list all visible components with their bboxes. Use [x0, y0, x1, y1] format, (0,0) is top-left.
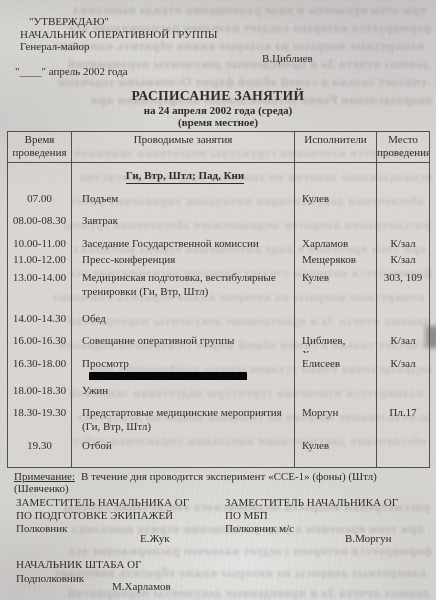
cell-place: К/зал: [377, 329, 429, 353]
cell-activity: Медицинская подготовка, вестибулярные тр…: [72, 267, 295, 309]
signature-block-deputy-crews: ЗАМЕСТИТЕЛЬ НАЧАЛЬНИКА ОГ ПО ПОДГОТОВКЕ …: [16, 497, 216, 536]
table-row: 16.00-16.30 Совещание оперативной группы…: [8, 329, 429, 353]
cell-activity: Ужин: [72, 380, 295, 402]
table-row: 14.00-14.30 Обед: [8, 309, 429, 329]
cell-executors: [295, 380, 377, 402]
cell-time: 14.00-14.30: [8, 309, 72, 329]
table-row: 18.00-18.30 Ужин: [8, 380, 429, 402]
cell-place: [377, 435, 429, 467]
cell-activity: Предстартовые медицинские мероприятия (Г…: [72, 402, 295, 435]
signature-block-deputy-mbp: ЗАМЕСТИТЕЛЬ НАЧАЛЬНИКА ОГ ПО МБП Полковн…: [225, 497, 425, 536]
redaction-bar: [89, 372, 247, 381]
header-activity: Проводимые занятия: [72, 132, 295, 162]
document-subtitle-timezone: (время местное): [0, 117, 436, 129]
crew-group-heading: Ги, Втр, Штл; Пад, Кни: [126, 170, 244, 184]
cell-time: 16.30-18.00: [8, 353, 72, 380]
sig-title: ЗАМЕСТИТЕЛЬ НАЧАЛЬНИКА ОГ: [16, 497, 216, 510]
cell-executors: Кулев: [295, 267, 377, 309]
cell-executors: [295, 309, 377, 329]
cell-executors: Кулев: [295, 188, 377, 211]
cell-place: [377, 211, 429, 233]
activity-label: Просмотр: [82, 358, 129, 370]
cell-time: 10.00-11.00: [8, 233, 72, 250]
approval-position: НАЧАЛЬНИК ОПЕРАТИВНОЙ ГРУППЫ: [20, 29, 217, 42]
table-row-redacted: 16.30-18.00 Просмотр Елисеев К/зал: [8, 353, 429, 380]
cell-activity: Отбой: [72, 435, 295, 467]
note-line: Примечание:В течение дня проводится эксп…: [14, 471, 430, 495]
signature-name-zhuk: Е.Жук: [140, 533, 170, 545]
sig-rank: Полковник: [16, 523, 216, 536]
sig-title: НАЧАЛЬНИК ШТАБА ОГ: [16, 559, 236, 572]
approval-block: "УТВЕРЖДАЮ" НАЧАЛЬНИК ОПЕРАТИВНОЙ ГРУППЫ…: [20, 16, 217, 54]
sig-rank: Полковник м/с: [225, 523, 425, 536]
signature-name-morgun: В.Моргун: [345, 533, 392, 545]
cell-time: 18.00-18.30: [8, 380, 72, 402]
cell-place: Пл.17: [377, 402, 429, 435]
cell-executors: Елисеев: [295, 353, 377, 380]
cell-time: 18.30-19.30: [8, 402, 72, 435]
table-row: 10.00-11.00 Заседание Государственной ко…: [8, 233, 429, 250]
cell-activity: Просмотр: [72, 353, 295, 380]
cell-executors: Моргун: [295, 402, 377, 435]
cell-time: 19.30: [8, 435, 72, 467]
approval-stamp: "УТВЕРЖДАЮ": [29, 16, 217, 29]
header-time: Время проведения: [8, 132, 72, 162]
document-title-block: РАСПИСАНИЕ ЗАНЯТИЙ на 24 апреля 2002 год…: [0, 88, 436, 129]
cell-place: К/зал: [377, 353, 429, 380]
cell-place: [377, 380, 429, 402]
cell-activity: Завтрак: [72, 211, 295, 233]
header-executors: Исполнители: [295, 132, 377, 162]
cell-place: [377, 309, 429, 329]
cell-place: К/зал: [377, 233, 429, 250]
cell-activity: Совещание оперативной группы: [72, 329, 295, 353]
scanned-document: при этом временем в виде размещении отря…: [0, 0, 436, 600]
cell-place: К/зал: [377, 250, 429, 267]
cell-time: 13.00-14.00: [8, 267, 72, 309]
cell-executors: Мещеряков: [295, 250, 377, 267]
cell-executors: Харламов: [295, 233, 377, 250]
cell-activity: Обед: [72, 309, 295, 329]
cell-time: 16.00-16.30: [8, 329, 72, 353]
cell-place: 303, 109: [377, 267, 429, 309]
header-place: Место проведения: [377, 132, 429, 162]
table-row: 08.00-08.30 Завтрак: [8, 211, 429, 233]
table-group-heading-row: Ги, Втр, Штл; Пад, Кни: [8, 163, 429, 188]
cell-activity: Подъем: [72, 188, 295, 211]
table-row: 13.00-14.00 Медицинская подготовка, вест…: [8, 267, 429, 309]
cell-executors: Кулев: [295, 435, 377, 467]
table-row: 07.00 Подъем Кулев: [8, 188, 429, 211]
document-title: РАСПИСАНИЕ ЗАНЯТИЙ: [0, 88, 436, 104]
cell-place: [377, 188, 429, 211]
cell-executors: [295, 211, 377, 233]
table-row: 19.30 Отбой Кулев: [8, 435, 429, 467]
cell-activity: Пресс-конференция: [72, 250, 295, 267]
cell-executors: Циблиев, Харламов: [295, 329, 377, 353]
schedule-table: Время проведения Проводимые занятия Испо…: [7, 131, 430, 468]
approval-date-line: "____" апрель 2002 года: [15, 66, 128, 78]
cell-time: 07.00: [8, 188, 72, 211]
document-subtitle-date: на 24 апреля 2002 года (среда): [0, 105, 436, 117]
table-header-row: Время проведения Проводимые занятия Испо…: [8, 132, 429, 163]
table-row: 11.00-12.00 Пресс-конференция Мещеряков …: [8, 250, 429, 267]
approval-rank: Генерал-майор: [20, 41, 217, 54]
cell-time: 08.00-08.30: [8, 211, 72, 233]
cell-time: 11.00-12.00: [8, 250, 72, 267]
cell-activity: Заседание Государственной комиссии: [72, 233, 295, 250]
sig-title2: ПО ПОДГОТОВКЕ ЭКИПАЖЕЙ: [16, 510, 216, 523]
table-row: 18.30-19.30 Предстартовые медицинские ме…: [8, 402, 429, 435]
sig-title2: ПО МБП: [225, 510, 425, 523]
approval-signature-name: В.Циблиев: [262, 53, 313, 65]
signature-name-kharlamov: М.Харламов: [112, 581, 171, 593]
note-label: Примечание:: [14, 471, 75, 483]
bleed-line: формируется которым следует назначен рас…: [68, 544, 432, 559]
sig-title: ЗАМЕСТИТЕЛЬ НАЧАЛЬНИКА ОГ: [225, 497, 425, 510]
